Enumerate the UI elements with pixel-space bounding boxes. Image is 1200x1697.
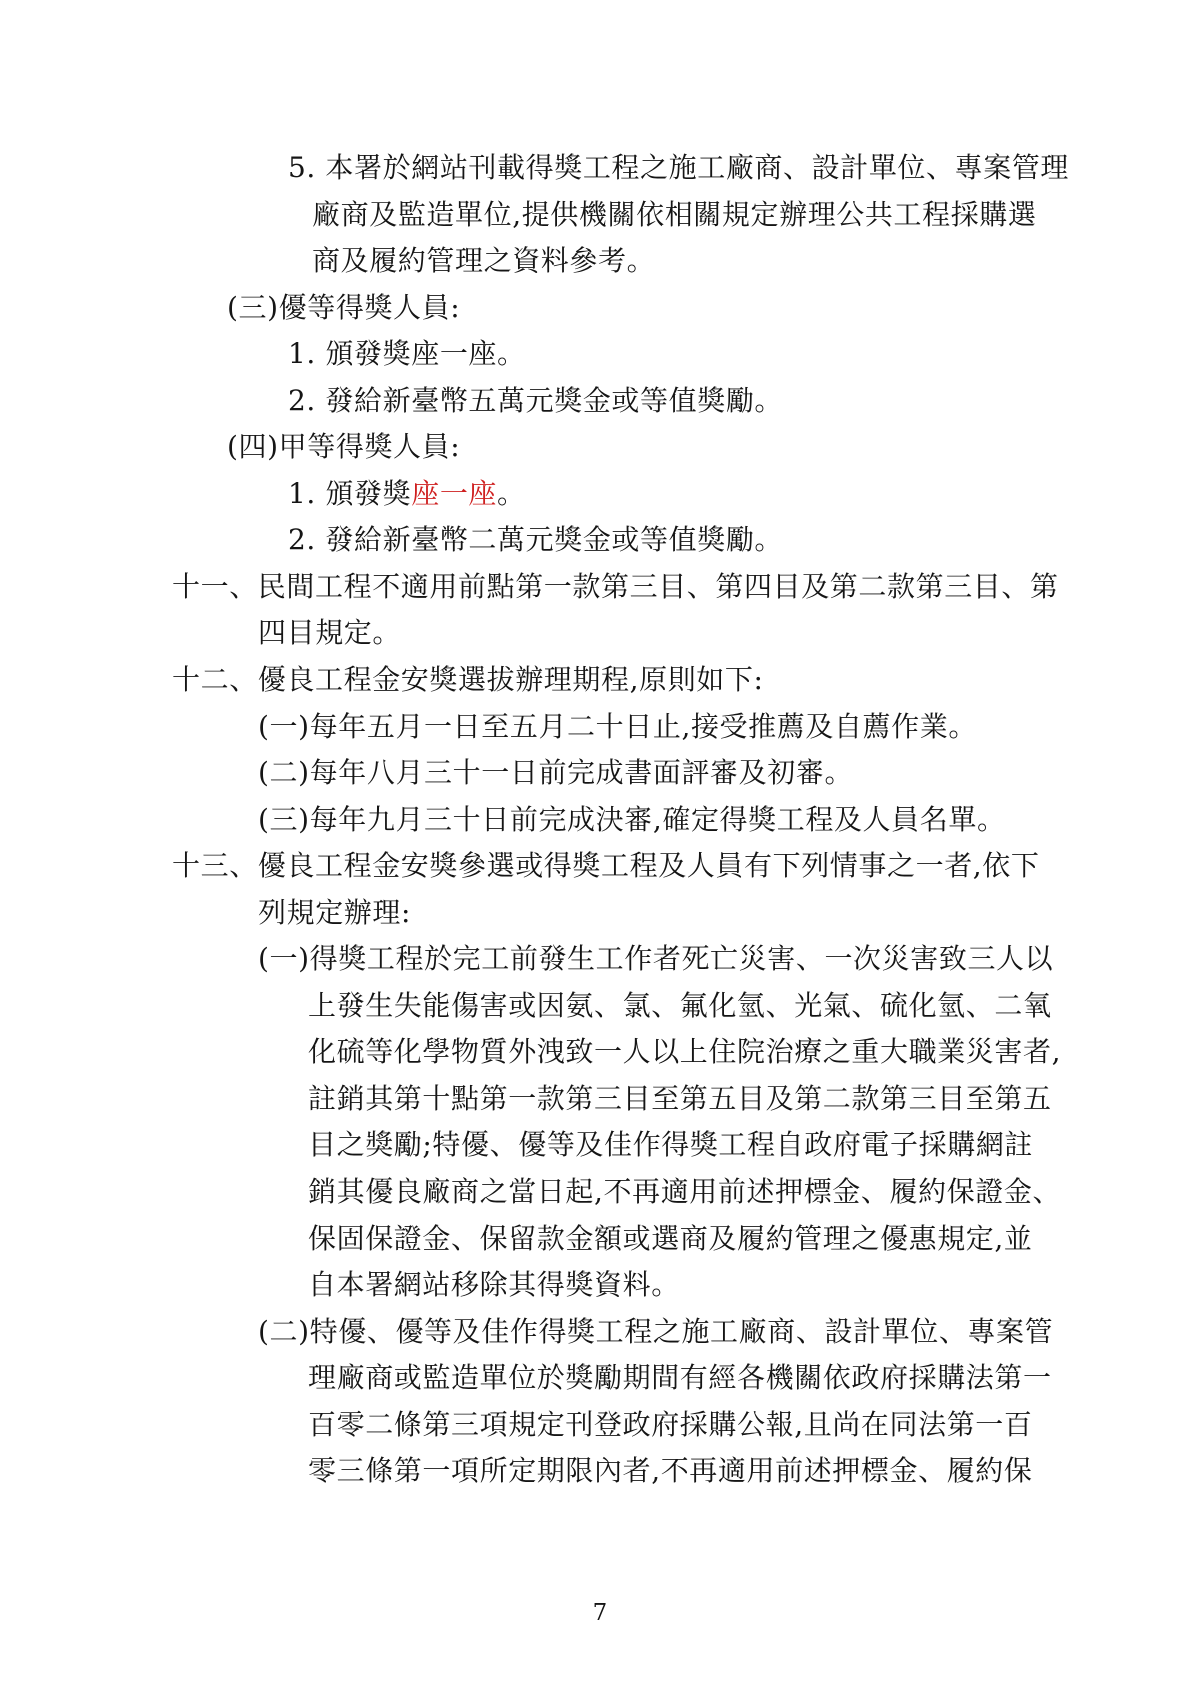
- text-line: (一)每年五月一日至五月二十日止,接受推薦及自薦作業。: [258, 704, 1200, 751]
- text-line: 十二、優良工程金安獎選拔辦理期程,原則如下:: [172, 657, 1200, 704]
- text-line: 1. 頒發獎座一座。: [288, 331, 1200, 378]
- text-line: 廠商及監造單位,提供機關依相關規定辦理公共工程採購選: [312, 192, 1200, 239]
- text-segment: 。: [497, 477, 526, 510]
- text-line: 2. 發給新臺幣五萬元獎金或等值獎勵。: [288, 378, 1200, 425]
- text-line: 四目規定。: [258, 610, 1200, 657]
- text-line-with-revision: 1. 頒發獎座一座。: [288, 471, 1200, 518]
- text-line: 2. 發給新臺幣二萬元獎金或等值獎勵。: [288, 517, 1200, 564]
- document-text-block: 5. 本署於網站刊載得獎工程之施工廠商、設計單位、專案管理 廠商及監造單位,提供…: [0, 145, 1200, 1495]
- text-line: 理廠商或監造單位於獎勵期間有經各機關依政府採購法第一: [308, 1355, 1200, 1402]
- text-line: 十一、民間工程不適用前點第一款第三目、第四目及第二款第三目、第: [172, 564, 1200, 611]
- text-line: 列規定辦理:: [258, 890, 1200, 937]
- text-line: 商及履約管理之資料參考。: [312, 238, 1200, 285]
- document-page: 5. 本署於網站刊載得獎工程之施工廠商、設計單位、專案管理 廠商及監造單位,提供…: [0, 0, 1200, 1697]
- text-line: (一)得獎工程於完工前發生工作者死亡災害、一次災害致三人以: [258, 936, 1200, 983]
- text-line: 上發生失能傷害或因氨、氯、氟化氫、光氣、硫化氫、二氧: [308, 983, 1200, 1030]
- text-line: (三)優等得獎人員:: [227, 285, 1200, 332]
- text-line: 註銷其第十點第一款第三目至第五目及第二款第三目至第五: [308, 1076, 1200, 1123]
- text-line: 化硫等化學物質外洩致一人以上住院治療之重大職業災害者,: [308, 1029, 1200, 1076]
- text-line: 零三條第一項所定期限內者,不再適用前述押標金、履約保: [308, 1448, 1200, 1495]
- text-line: 十三、優良工程金安獎參選或得獎工程及人員有下列情事之一者,依下: [172, 843, 1200, 890]
- text-line: 銷其優良廠商之當日起,不再適用前述押標金、履約保證金、: [308, 1169, 1200, 1216]
- text-line: 百零二條第三項規定刊登政府採購公報,且尚在同法第一百: [308, 1402, 1200, 1449]
- text-line: 目之獎勵;特優、優等及佳作得獎工程自政府電子採購網註: [308, 1122, 1200, 1169]
- text-line: 保固保證金、保留款金額或選商及履約管理之優惠規定,並: [308, 1216, 1200, 1263]
- text-line: 5. 本署於網站刊載得獎工程之施工廠商、設計單位、專案管理: [288, 145, 1200, 192]
- text-line: (三)每年九月三十日前完成決審,確定得獎工程及人員名單。: [258, 797, 1200, 844]
- text-line: (四)甲等得獎人員:: [227, 424, 1200, 471]
- text-segment: 1. 頒發獎: [288, 477, 411, 510]
- revision-text-red: 座一座: [411, 477, 497, 510]
- page-number: 7: [0, 1598, 1200, 1628]
- text-line: (二)每年八月三十一日前完成書面評審及初審。: [258, 750, 1200, 797]
- text-line: 自本署網站移除其得獎資料。: [308, 1262, 1200, 1309]
- text-line: (二)特優、優等及佳作得獎工程之施工廠商、設計單位、專案管: [258, 1309, 1200, 1356]
